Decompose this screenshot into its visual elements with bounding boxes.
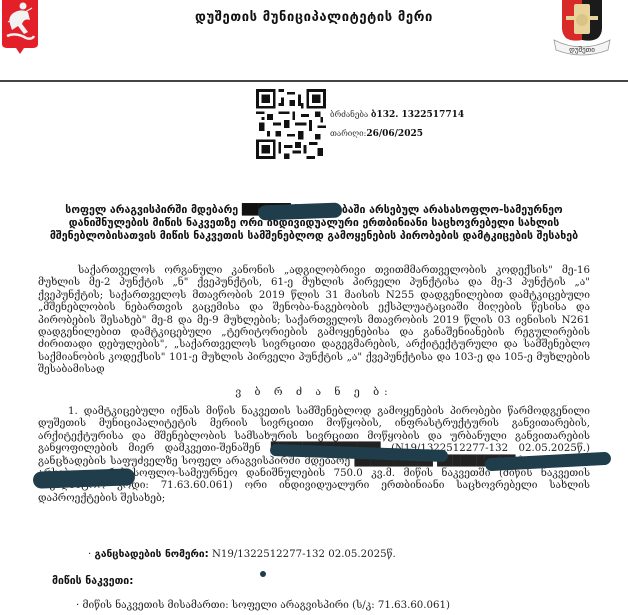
order-heading: ვ ბ რ ძ ა ნ ე ბ: — [0, 386, 628, 398]
preamble-paragraph: საქართველოს ორგანული კანონის „ადგილობრივ… — [38, 265, 590, 377]
order-date-label: თარიღი: — [330, 129, 366, 138]
municipality-header-title: დუშეთის მუნიციპალიტეტის მერი — [0, 10, 628, 25]
svg-text:დუშეთი: დუშეთი — [569, 46, 595, 54]
georgia-coat-of-arms-icon — [2, 0, 38, 54]
redaction-mark — [33, 468, 136, 489]
order-date: თარიღი:26/06/2025 — [330, 129, 423, 139]
application-number-line: · განცხადების ნომერი: N19/1322512277-132… — [88, 549, 396, 560]
land-plot-address: მიწის ნაკვეთის მისამართი: სოფელი არაგვის… — [82, 600, 449, 611]
order-number-label: ბრძანება — [330, 110, 368, 119]
order-date-value: 26/06/2025 — [366, 129, 423, 139]
application-number-value: N19/1322512277-132 02.05.2025წ. — [212, 549, 396, 560]
land-plot-address-line: · მიწის ნაკვეთის მისამართი: სოფელი არაგვ… — [76, 600, 450, 611]
qr-code-icon — [256, 89, 326, 159]
order-number-value: ბ132. 1322517714 — [371, 110, 464, 120]
redaction-mark — [258, 203, 342, 221]
land-plot-heading: მიწის ნაკვეთი: — [52, 575, 133, 587]
cursor-dot-icon — [260, 571, 266, 577]
header-divider — [0, 80, 628, 82]
order-number: ბრძანება ბ132. 1322517714 — [330, 110, 464, 120]
application-number-label: განცხადების ნომერი: — [94, 549, 208, 560]
dusheti-coat-of-arms-icon: დუშეთი — [552, 0, 612, 58]
